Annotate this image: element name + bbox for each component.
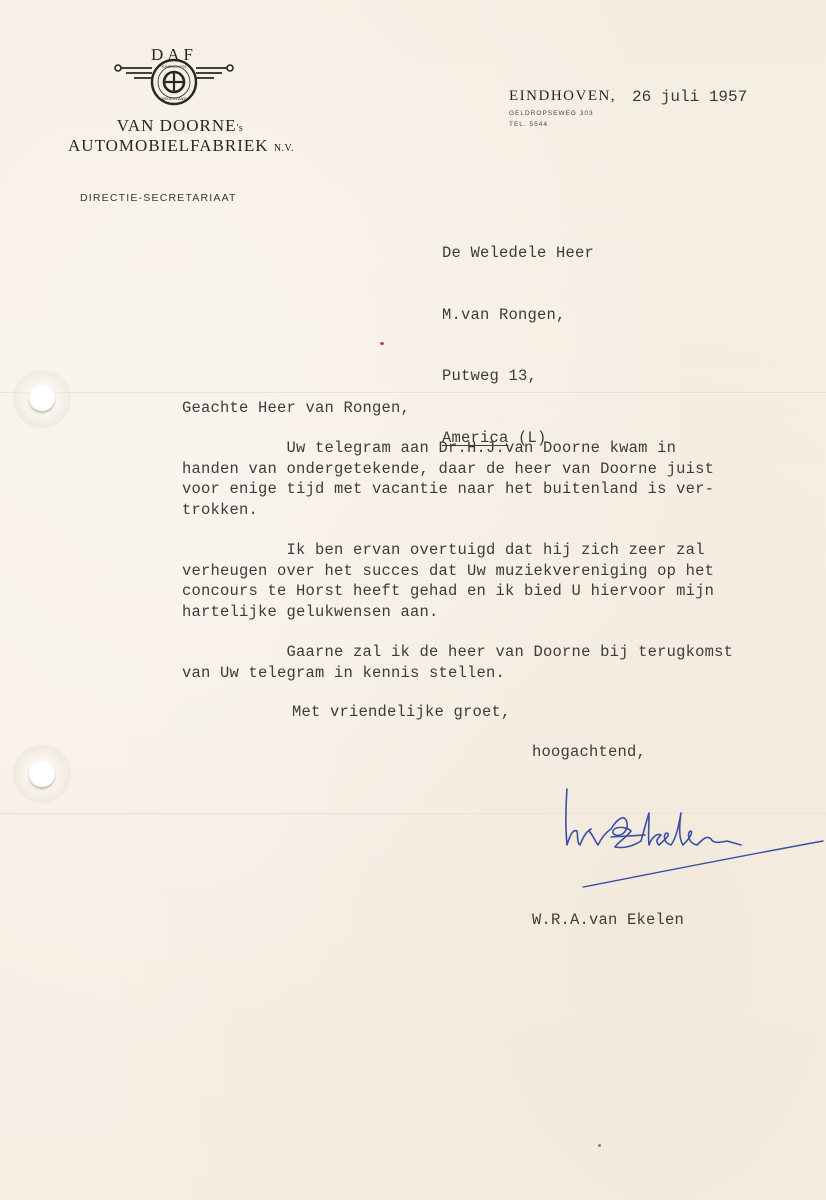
paper-fold-line-upper (0, 392, 826, 394)
paper-speck (598, 1144, 601, 1147)
company-name-suffix: 's (237, 123, 244, 134)
letter-date: 26 juli 1957 (632, 88, 747, 106)
department-label: DIRECTIE-SECRETARIAAT (80, 192, 237, 204)
punch-hole-upper (29, 385, 55, 411)
closing-phrase: Met vriendelijke groet, (292, 702, 511, 723)
company-name-line2: AUTOMOBIELFABRIEK N.V. (46, 136, 316, 156)
letterhead-place: EINDHOVEN, (509, 88, 616, 105)
company-legal-form: N.V. (274, 143, 294, 154)
svg-text:EINDHOVEN: EINDHOVEN (162, 64, 186, 69)
recipient-address: De Weledele Heer M.van Rongen, Putweg 13… (442, 202, 594, 469)
recipient-line-title: De Weledele Heer (442, 243, 594, 264)
company-name-line1: VAN DOORNE's (50, 116, 310, 136)
recipient-line-name: M.van Rongen, (442, 305, 594, 326)
paragraph-1: Uw telegram aan Dr.H.J.van Doorne kwam i… (182, 438, 714, 520)
punch-hole-lower (29, 761, 55, 787)
valediction: hoogachtend, (532, 742, 646, 763)
letterhead-phone: TEL. 5544 (509, 121, 548, 128)
daf-logo-icon: DAF EINDHOVEN NEDERLAND (110, 40, 238, 112)
ink-mark (380, 342, 384, 345)
company-type-main: AUTOMOBIELFABRIEK (68, 136, 269, 155)
paragraph-3: Gaarne zal ik de heer van Doorne bij ter… (182, 642, 733, 683)
svg-text:NEDERLAND: NEDERLAND (162, 96, 187, 101)
company-name-main: VAN DOORNE (117, 116, 237, 135)
paragraph-2: Ik ben ervan overtuigd dat hij zich zeer… (182, 540, 714, 622)
letterhead-street: GELDROPSEWEG 303 (509, 110, 594, 117)
salutation: Geachte Heer van Rongen, (182, 398, 410, 419)
signatory-name: W.R.A.van Ekelen (532, 910, 684, 931)
recipient-line-street: Putweg 13, (442, 366, 594, 387)
handwritten-signature-icon (555, 783, 825, 898)
